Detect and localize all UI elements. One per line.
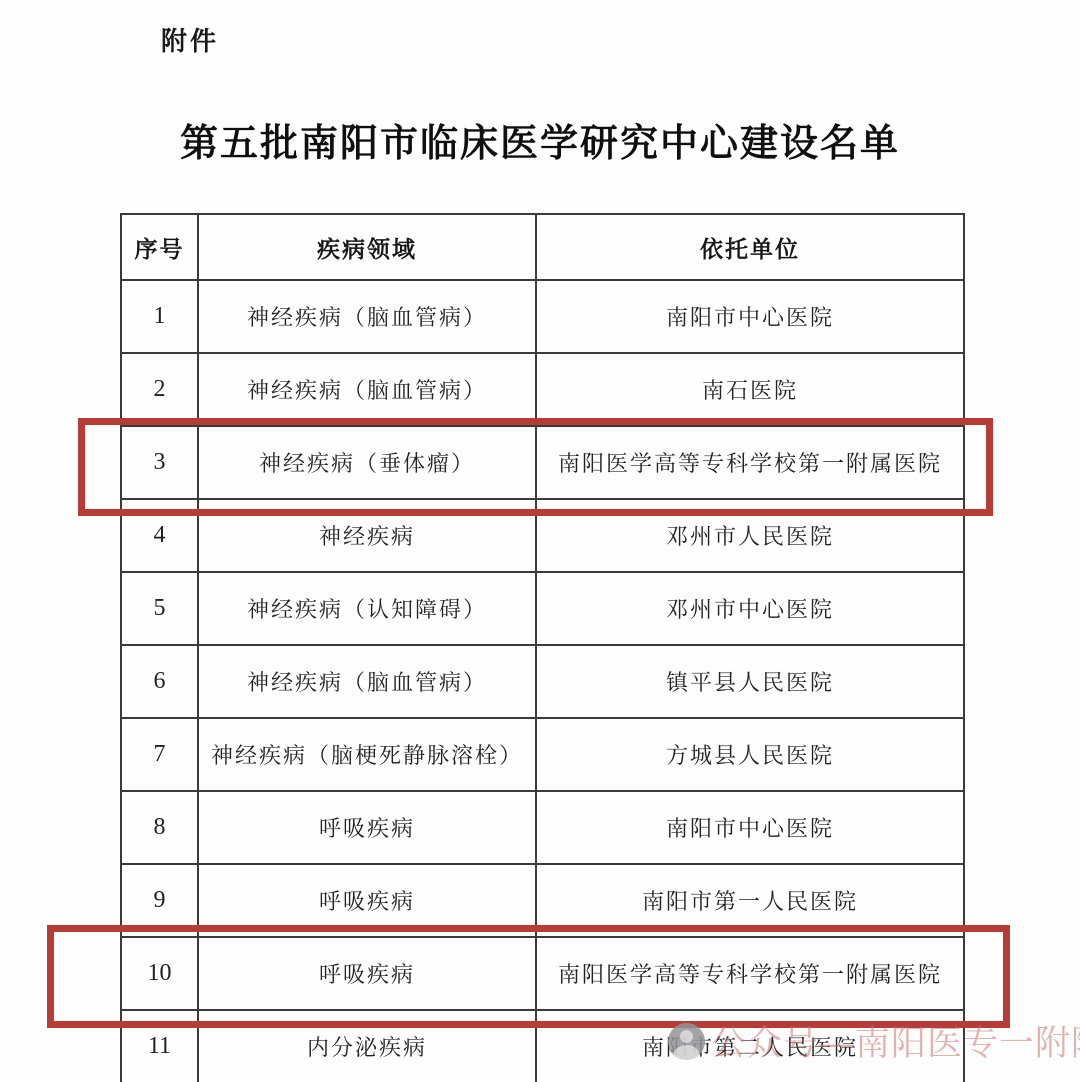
unit-cell: 方城县人民医院 bbox=[536, 718, 964, 791]
document-page: 附件 第五批南阳市临床医学研究中心建设名单 序号 疾病领域 依托单位 1 神经疾… bbox=[0, 0, 1080, 1082]
row-number: 8 bbox=[121, 791, 198, 864]
table-row: 8 呼吸疾病 南阳市中心医院 bbox=[121, 791, 964, 864]
row-number: 5 bbox=[121, 572, 198, 645]
disease-cell: 神经疾病（脑血管病） bbox=[198, 280, 536, 353]
table-row: 5 神经疾病（认知障碍） 邓州市中心医院 bbox=[121, 572, 964, 645]
disease-cell: 呼吸疾病 bbox=[198, 791, 536, 864]
disease-cell: 神经疾病（脑血管病） bbox=[198, 353, 536, 426]
unit-cell: 南阳市中心医院 bbox=[536, 280, 964, 353]
unit-cell: 邓州市中心医院 bbox=[536, 572, 964, 645]
unit-cell: 南阳市中心医院 bbox=[536, 791, 964, 864]
table-row: 2 神经疾病（脑血管病） 南石医院 bbox=[121, 353, 964, 426]
column-header-unit: 依托单位 bbox=[536, 214, 964, 280]
red-highlight-box-row-3 bbox=[78, 418, 993, 516]
row-number: 1 bbox=[121, 280, 198, 353]
table-row: 6 神经疾病（脑血管病） 镇平县人民医院 bbox=[121, 645, 964, 718]
column-header-disease: 疾病领域 bbox=[198, 214, 536, 280]
table-row: 1 神经疾病（脑血管病） 南阳市中心医院 bbox=[121, 280, 964, 353]
unit-cell: 镇平县人民医院 bbox=[536, 645, 964, 718]
attachment-label: 附件 bbox=[161, 21, 219, 58]
column-header-number: 序号 bbox=[121, 214, 198, 280]
table-row: 7 神经疾病（脑梗死静脉溶栓） 方城县人民医院 bbox=[121, 718, 964, 791]
unit-cell: 南石医院 bbox=[536, 353, 964, 426]
disease-cell: 神经疾病（脑梗死静脉溶栓） bbox=[198, 718, 536, 791]
disease-cell: 神经疾病（脑血管病） bbox=[198, 645, 536, 718]
row-number: 2 bbox=[121, 353, 198, 426]
disease-cell: 神经疾病（认知障碍） bbox=[198, 572, 536, 645]
red-highlight-box-row-10 bbox=[47, 925, 1010, 1028]
row-number: 7 bbox=[121, 718, 198, 791]
table-header-row: 序号 疾病领域 依托单位 bbox=[121, 214, 964, 280]
page-title: 第五批南阳市临床医学研究中心建设名单 bbox=[0, 112, 1080, 167]
row-number: 6 bbox=[121, 645, 198, 718]
